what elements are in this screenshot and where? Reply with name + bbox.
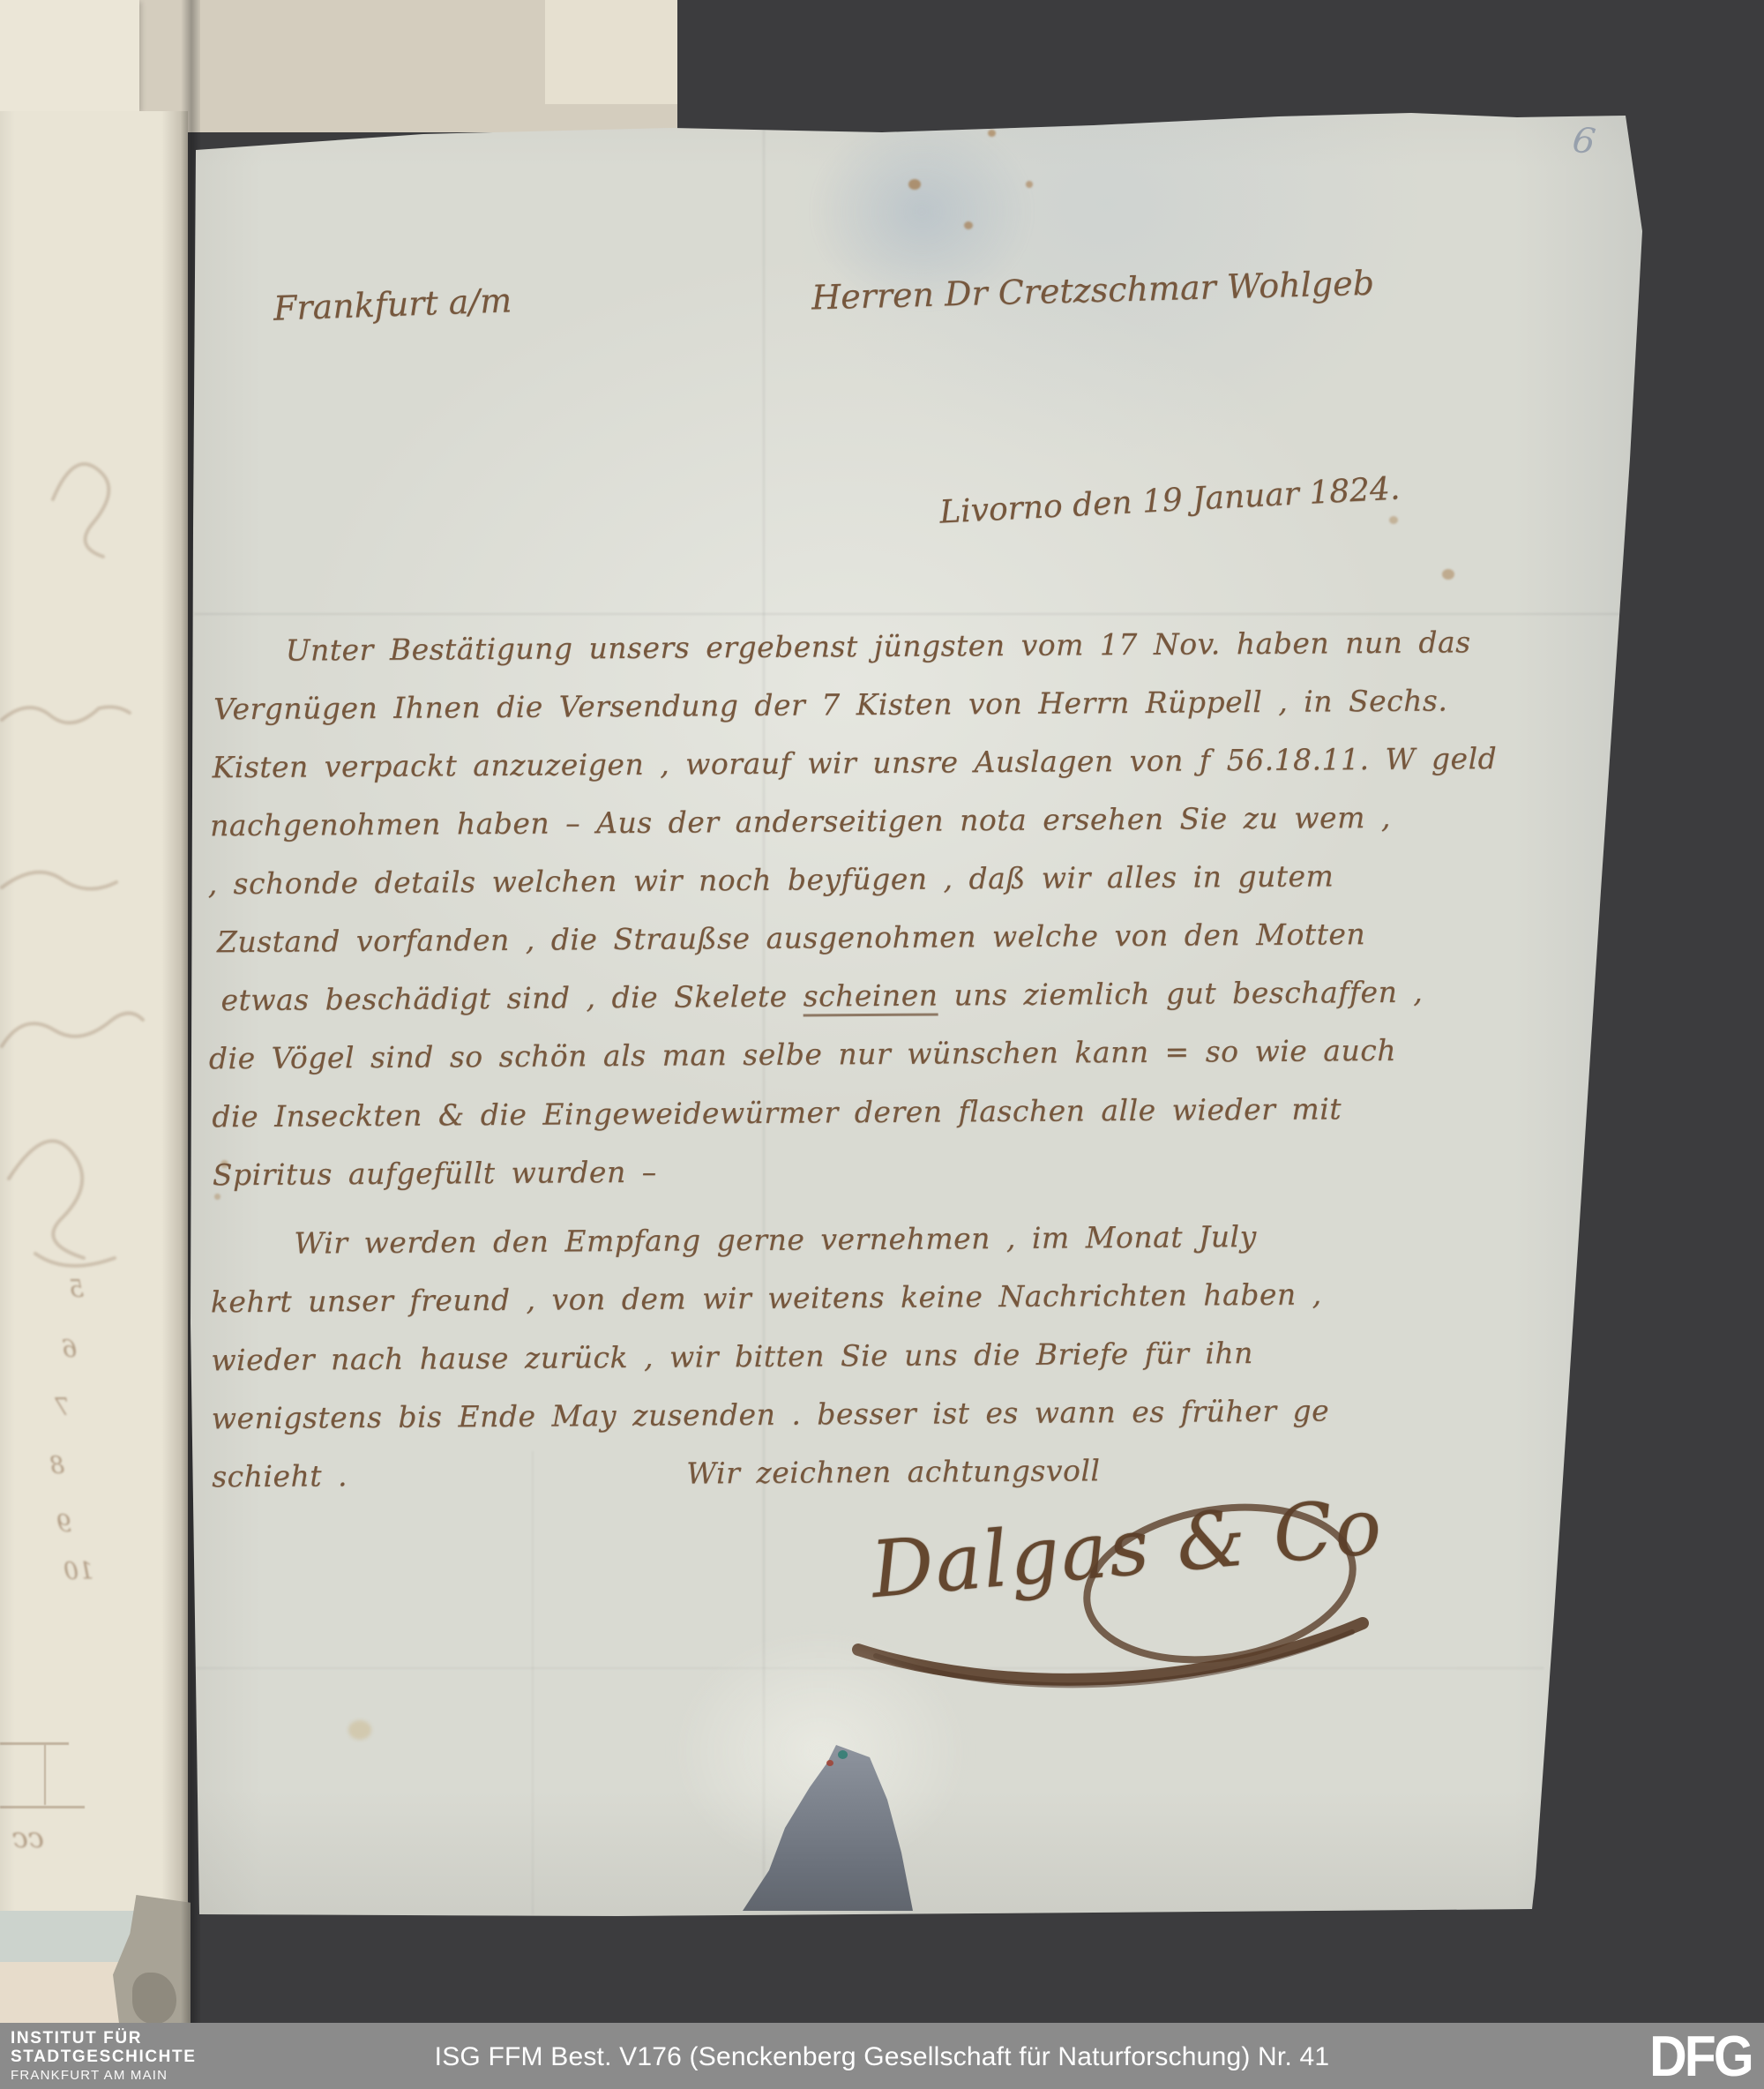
seal-remnant <box>878 116 908 123</box>
adjacent-page-strip: 5 6 7 8 9 10 cc <box>0 111 188 1913</box>
foxing-spot <box>988 130 996 137</box>
body-line: Unter Bestätigung unsers ergebenst jüngs… <box>206 613 1529 680</box>
closing-left: schieht . <box>212 1458 348 1494</box>
letter-dateline: Livorno den 19 Januar 1824. <box>938 470 1401 530</box>
underlying-page-corner <box>0 0 139 111</box>
body-line: Spiritus aufgefüllt wurden – <box>210 1137 1533 1204</box>
underlined-word: scheinen <box>804 977 938 1016</box>
foxing-spot <box>1442 569 1454 580</box>
foxing-spot <box>348 1720 371 1740</box>
body-line: die Inseckten & die Eingeweidewürmer der… <box>209 1079 1532 1146</box>
margin-number: 5 <box>69 1276 84 1303</box>
page-number: 6 <box>1570 119 1598 162</box>
scan-viewport: 5 6 7 8 9 10 cc 6 <box>0 0 1764 2089</box>
seal-remnant <box>838 119 861 125</box>
margin-number: 8 <box>49 1452 64 1479</box>
foxing-spot <box>964 221 973 229</box>
foxing-spot <box>1389 516 1398 524</box>
margin-rule <box>0 1806 85 1808</box>
underlying-page-sliver <box>545 0 677 104</box>
margin-number: 6 <box>62 1336 77 1363</box>
body-line: etwas beschädigt sind , die Skelete sche… <box>208 962 1531 1030</box>
body-line: kehrt unser freund , von dem wir weitens… <box>211 1264 1534 1331</box>
body-line: wenigstens bis Ende May zusenden . besse… <box>212 1381 1535 1448</box>
seal-wax-fleck-teal <box>838 1750 848 1759</box>
body-line: Kisten verpackt anzuzeigen , worauf wir … <box>206 730 1529 797</box>
footer-bar: INSTITUT FÜR STADTGESCHICHTE FRANKFURT A… <box>0 2023 1764 2089</box>
body-line: Vergnügen Ihnen die Versendung der 7 Kis… <box>206 671 1529 738</box>
body-line: wieder nach hause zurück , wir bitten Si… <box>211 1322 1534 1389</box>
body-line: nachgenohmen haben – Aus der anderseitig… <box>207 788 1530 855</box>
letter-body: Unter Bestätigung unsers ergebenst jüngs… <box>206 613 1536 1506</box>
margin-number: 9 <box>56 1510 71 1538</box>
margin-rule <box>0 1742 69 1745</box>
body-line: ‚ schonde details welchen wir noch beyfü… <box>207 846 1530 913</box>
archive-reference: ISG FFM Best. V176 (Senckenberg Gesellsc… <box>0 2042 1764 2072</box>
line-text: uns ziemlich gut beschaffen , <box>938 975 1423 1013</box>
seal-remnant <box>966 122 992 128</box>
body-line: Wir werden den Empfang gerne vernehmen ,… <box>210 1206 1533 1273</box>
margin-number: 10 <box>64 1558 93 1585</box>
dfg-logo: DFG <box>1649 2025 1752 2089</box>
body-line: Zustand vorfanden , die Straußse ausgeno… <box>208 904 1531 971</box>
line-text: etwas beschädigt sind , die Skelete <box>220 979 803 1018</box>
foxing-spot <box>1026 181 1033 188</box>
bleedthrough-squiggles <box>0 111 188 1913</box>
margin-number: 7 <box>55 1394 70 1421</box>
seal-remnant <box>929 118 948 124</box>
letter-place: Frankfurt a/m <box>273 281 512 327</box>
fold-crease-vertical <box>532 1451 534 1914</box>
body-line: die Vögel sind so schön als man selbe nu… <box>209 1021 1532 1088</box>
margin-note: cc <box>12 1821 44 1854</box>
foxing-spot <box>908 179 921 190</box>
margin-rule <box>44 1745 46 1805</box>
letter-page: 6 Frankfurt a/m Herren Dr Cretzschmar Wo… <box>190 75 1645 1919</box>
seal-wax-fleck-red <box>826 1760 833 1766</box>
